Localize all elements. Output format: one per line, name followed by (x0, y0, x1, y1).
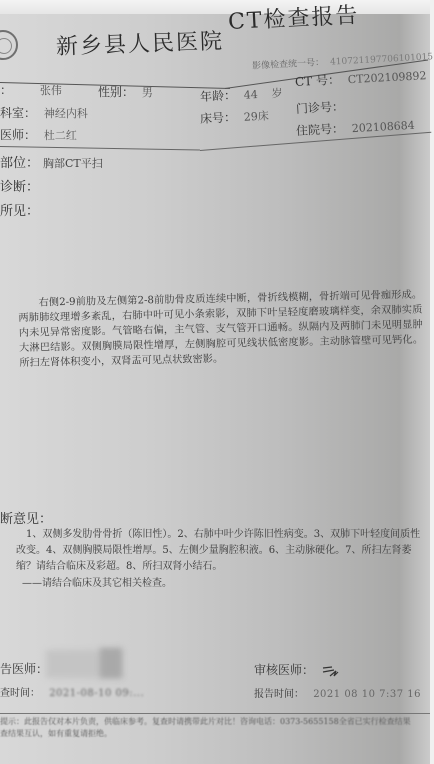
outpatient-value (348, 100, 349, 113)
inpatient-field: 住院号： 202108684 (296, 116, 416, 139)
footer-divider (0, 713, 430, 714)
exam-time-field: 查时间： 2021-08-10 09:... (0, 684, 144, 699)
patient-name: 张伟 (40, 84, 62, 97)
inpatient-value: 202108684 (351, 119, 415, 135)
report-time-field: 报告时间： 2021 08 10 7:37 16 (254, 685, 421, 700)
sex-value: 男 (142, 86, 153, 99)
review-doctor-signature-icon (322, 665, 344, 677)
impression-text: 1、双侧多发肋骨骨折（陈旧性）。2、右肺中叶少许陈旧性病变。3、双肺下叶轻度间质… (16, 527, 428, 575)
bed-field: 床号： 29床 (200, 106, 270, 127)
age-field: 年龄： 44 岁 (200, 84, 283, 105)
review-doctor-field: 审核医师： (254, 661, 344, 678)
bed-label: 床号： (200, 110, 237, 126)
paper-right-edge (430, 0, 434, 764)
patient-divider-left (0, 146, 200, 150)
ct-number-value: CT202109892 (347, 69, 426, 86)
review-doctor-label: 审核医师： (254, 663, 314, 677)
hospital-logo-icon (0, 30, 18, 60)
department-label: 科室： (0, 106, 36, 120)
sex-label: 性别： (98, 85, 134, 99)
age-label: 年龄： (200, 88, 237, 104)
age-unit: 岁 (271, 87, 283, 101)
footer-notice-line1: 提示：此报告仅对本片负责，供临床参考。复查时请携带此片对比！咨询电话：0373-… (0, 716, 411, 727)
report-doctor-field: 告医师： (0, 660, 48, 677)
ct-report-page: 新乡县人民医院 CT检查报告 影像检查统一号：41072119770610101… (0, 0, 434, 764)
ct-number-label: CT 号： (295, 73, 341, 89)
exam-part-label: 部位： (0, 156, 39, 171)
doctor-field: 医师： 杜二红 (0, 126, 77, 143)
clinical-diagnosis-label: 诊断： (0, 176, 39, 195)
redacted-report-doctor-mark (100, 648, 122, 678)
exam-time-label: 查时间： (0, 688, 40, 699)
bed-value: 29床 (243, 109, 269, 123)
image-exam-label: 影像检查统一号： (252, 58, 324, 72)
sex-field: 性别： 男 (98, 83, 153, 100)
report-time-value: 2021 08 10 7:37 16 (313, 689, 421, 700)
impression-note: ——请结合临床及其它相关检查。 (22, 574, 172, 589)
hospital-name: 新乡县人民医院 (55, 24, 224, 61)
report-time-label: 报告时间： (254, 689, 304, 700)
outpatient-label: 门诊号： (296, 99, 345, 115)
doctor-value: 杜二红 (44, 129, 77, 142)
exam-part-value: 胸部CT平扫 (43, 157, 103, 170)
patient-name-field: ： 张伟 (0, 81, 62, 98)
outpatient-field: 门诊号： (296, 97, 349, 117)
exam-part-field: 部位：胸部CT平扫 (0, 152, 103, 171)
impression-label: 断意见： (0, 508, 52, 527)
findings-label: 所见： (0, 200, 39, 219)
age-value: 44 (243, 88, 258, 102)
exam-time-value: 2021-08-10 09:... (49, 688, 144, 699)
paper-top-edge (0, 0, 434, 14)
footer-notice-line2: 查结果互认，如有重复请拒绝。 (0, 728, 112, 739)
department-field: 科室： 神经内科 (0, 104, 88, 121)
report-doctor-label: 告医师： (0, 662, 48, 676)
inpatient-label: 住院号： (296, 121, 345, 137)
ct-number-field: CT 号： CT202109892 (295, 66, 427, 90)
report-title: CT检查报告 (227, 0, 360, 36)
findings-text: 右侧2-9前肋及左侧第2-8前肋骨皮质连续中断，骨折线模糊，骨折端可见骨痂形成。… (18, 288, 423, 371)
doctor-label: 医师： (0, 128, 36, 142)
name-label: ： (0, 83, 12, 97)
department-value: 神经内科 (44, 107, 88, 120)
